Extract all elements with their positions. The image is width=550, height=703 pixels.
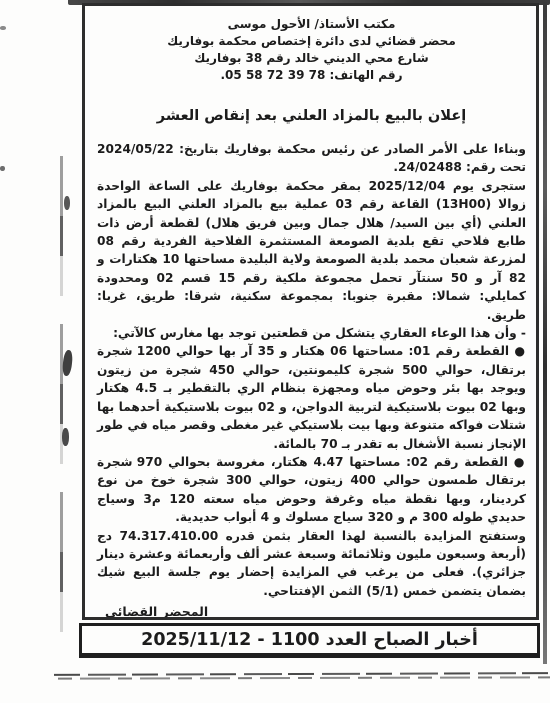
scan-edge-bottom	[58, 676, 550, 679]
office-role: محضر قضائي لدى دائرة إختصاص محكمة بوفاري…	[97, 33, 526, 50]
notice-title: إعلان بالبيع بالمزاد العلني بعد إنقاص ال…	[97, 108, 526, 124]
journal-footer-box: أخبار الصباح العدد 1100 - 2025/11/12	[79, 623, 540, 658]
body-paragraph-plot-2: ● القطعة رقم 02: مساحتها 4.47 هكتار، مغر…	[97, 453, 526, 527]
bailiff-signature: المحضر القضائي	[97, 604, 526, 619]
scan-speckle	[64, 196, 70, 210]
body-paragraph-price: وستفتح المزايدة بالنسبة لهذا العقار بثمن…	[97, 527, 526, 601]
office-name: مكتب الأستاذ/ الأحول موسى	[97, 16, 526, 33]
body-paragraph-plot-1: ● القطعة رقم 01: مساحتها 06 هكتار و 35 آ…	[97, 342, 526, 452]
scan-speckle	[0, 26, 6, 30]
office-phone: رقم الهاتف: 78 39 72 58 05.	[97, 67, 526, 84]
body-paragraph-plots-intro: - وأن هذا الوعاء العقاري يتشكل من قطعتين…	[97, 324, 526, 342]
scan-speckle	[62, 350, 74, 377]
office-header: مكتب الأستاذ/ الأحول موسى محضر قضائي لدى…	[97, 16, 526, 84]
scan-speckle	[62, 428, 69, 446]
body-paragraph-sale-details: ستجرى يوم 2025/12/04 بمقر محكمة بوفاريك …	[97, 177, 526, 324]
journal-footer-text: أخبار الصباح العدد 1100 - 2025/11/12	[141, 630, 478, 650]
notice-frame: مكتب الأستاذ/ الأحول موسى محضر قضائي لدى…	[82, 3, 539, 620]
office-address: شارع محي الديني خالد رقم 38 بوفاريك	[97, 50, 526, 67]
body-paragraph-order: وبناءا على الأمر الصادر عن رئيس محكمة بو…	[97, 140, 526, 177]
scan-edge-right	[543, 2, 547, 664]
scan-speckle	[0, 166, 5, 171]
notice-body: وبناءا على الأمر الصادر عن رئيس محكمة بو…	[97, 140, 526, 600]
scan-edge-left	[60, 128, 63, 660]
scanned-page: { "colors": { "ink": "#1c1c1c", "frame_b…	[0, 0, 550, 703]
scan-edge-bottom	[54, 672, 550, 676]
